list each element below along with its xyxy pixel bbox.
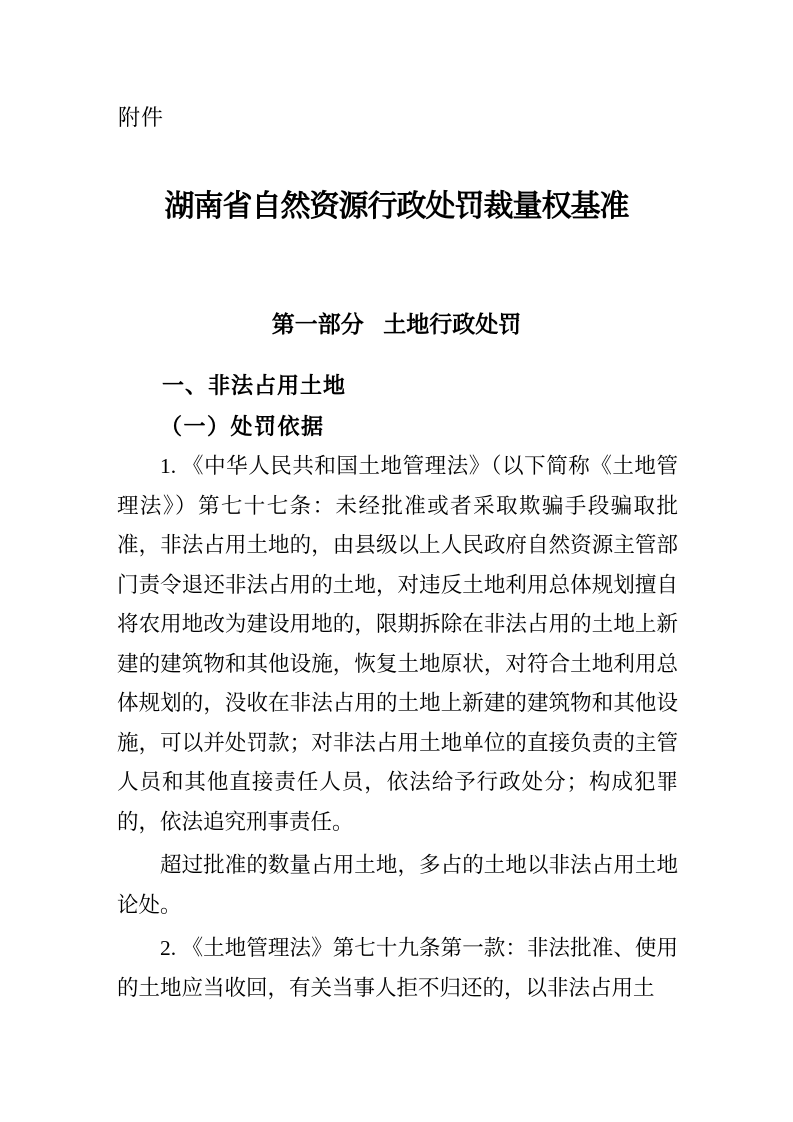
part-title: 土地行政处罚 (383, 308, 521, 341)
attachment-label: 附件 (118, 102, 164, 134)
section-heading-illegal-land-occupation: 一、非法占用土地 (162, 370, 346, 402)
subsection-heading-penalty-basis: （一）处罚依据 (160, 411, 325, 443)
part-number: 第一部分 (272, 308, 364, 341)
document-title: 湖南省自然资源行政处罚裁量权基准 (0, 186, 793, 228)
paragraph-land-law-article-79: 2. 《土地管理法》第七十九条第一款：非法批准、使用的土地应当收回，有关当事人拒… (117, 929, 678, 1008)
paragraph-excess-occupation: 超过批准的数量占用土地，多占的土地以非法占用土地论处。 (117, 846, 678, 925)
document-page: 附件 湖南省自然资源行政处罚裁量权基准 第一部分 土地行政处罚 一、非法占用土地… (0, 0, 793, 1122)
part-heading: 第一部分 土地行政处罚 (0, 308, 793, 341)
paragraph-land-law-article-77: 1. 《中华人民共和国土地管理法》（以下简称《土地管理法》）第七十七条：未经批准… (117, 447, 678, 842)
document-body: 1. 《中华人民共和国土地管理法》（以下简称《土地管理法》）第七十七条：未经批准… (117, 447, 678, 1008)
